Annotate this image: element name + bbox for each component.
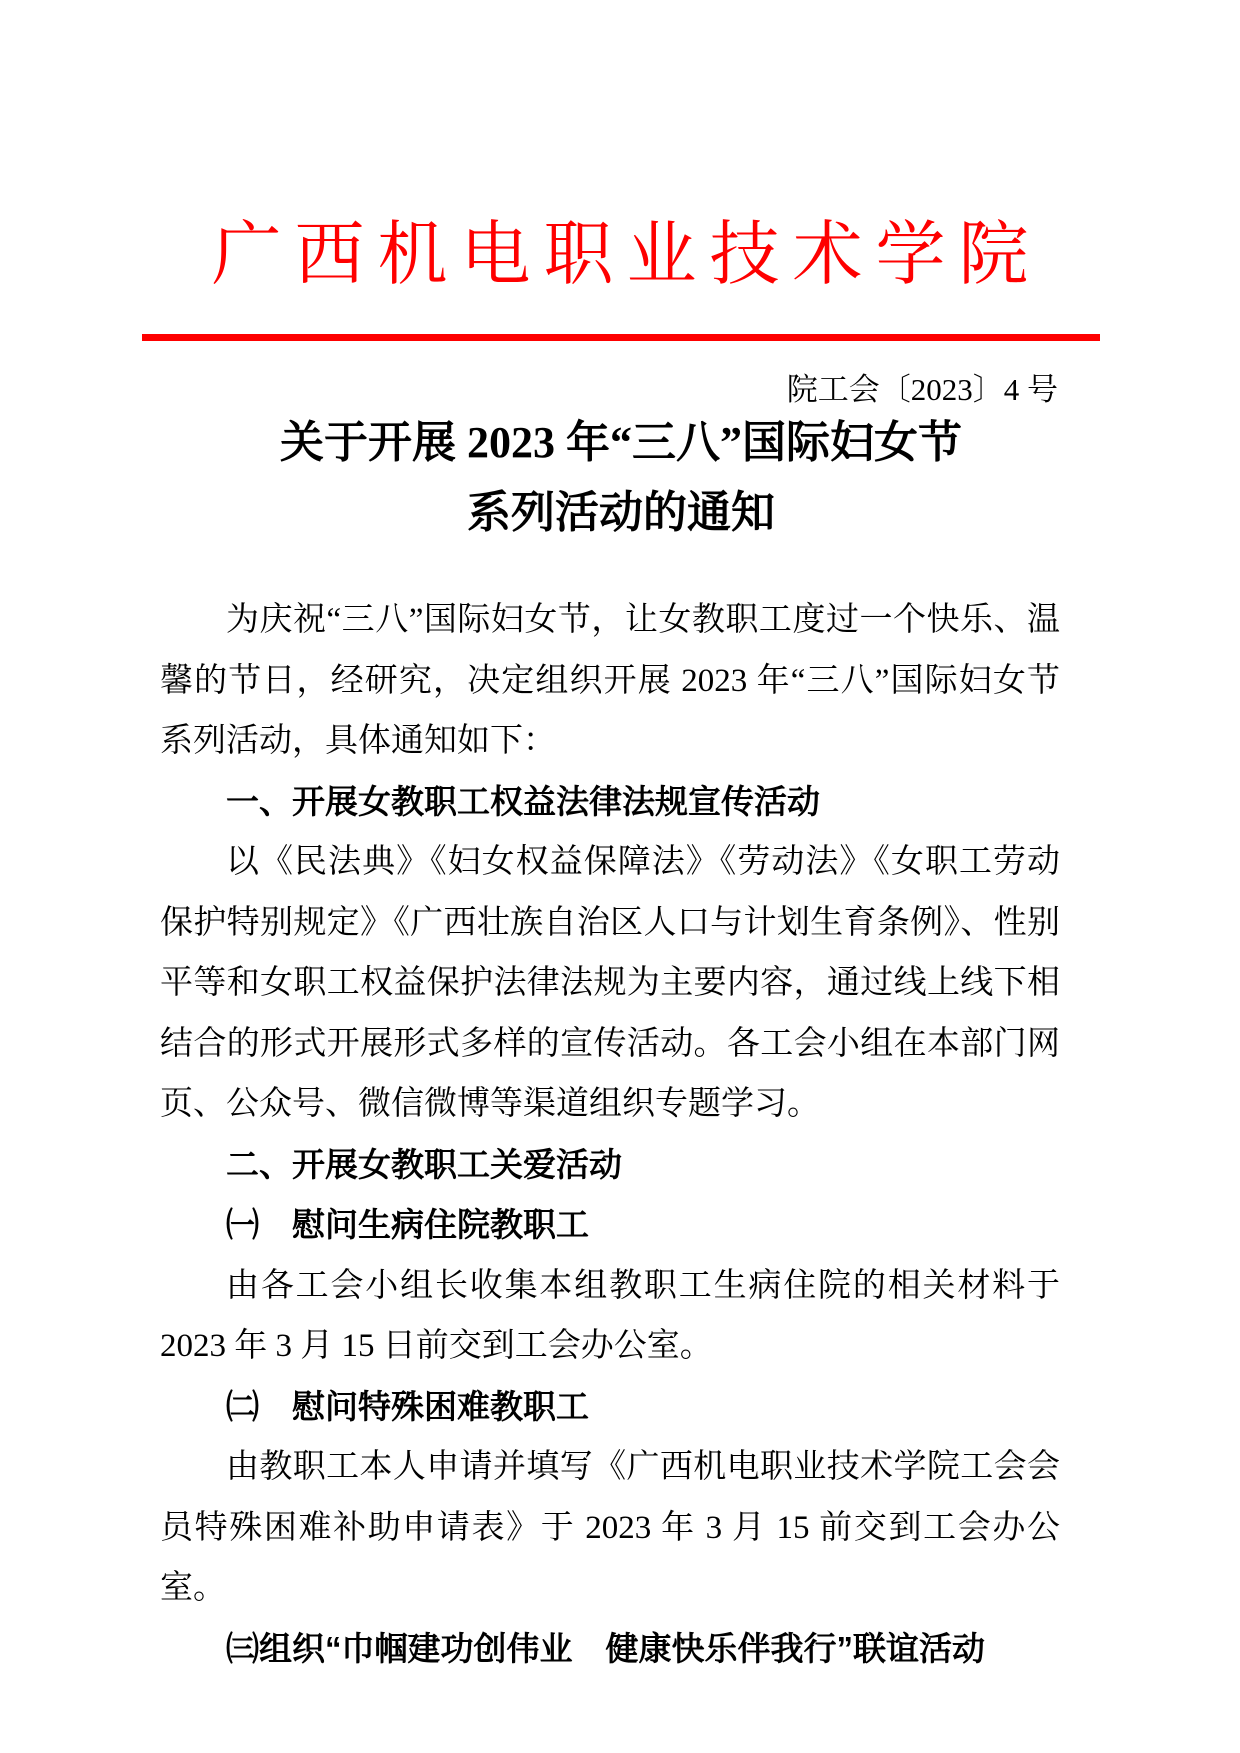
section-2-heading: 二、开展女教职工关爱活动 [160, 1135, 1060, 1196]
section-2-2-paragraph: 由教职工本人申请并填写《广西机电职业技术学院工会会员特殊困难补助申请表》于 20… [160, 1437, 1060, 1619]
doc-title: 关于开展 2023 年“三八”国际妇女节 系列活动的通知 [142, 408, 1100, 548]
org-name-header: 广西机电职业技术学院 [0, 198, 1240, 299]
doc-title-line2: 系列活动的通知 [142, 478, 1100, 548]
document-page: 广西机电职业技术学院 院工会〔2023〕4 号 关于开展 2023 年“三八”国… [0, 0, 1240, 1753]
doc-number: 院工会〔2023〕4 号 [787, 364, 1058, 409]
section-2-1-paragraph: 由各工会小组长收集本组教职工生病住院的相关材料于 2023 年 3 月 15 日… [160, 1256, 1060, 1377]
section-1-heading: 一、开展女教职工权益法律法规宣传活动 [160, 772, 1060, 833]
red-separator-line [142, 334, 1100, 341]
section-2-3-heading: ㈢组织“巾帼建功创伟业 健康快乐伴我行”联谊活动 [160, 1619, 1060, 1680]
doc-title-line1: 关于开展 2023 年“三八”国际妇女节 [142, 408, 1100, 478]
paragraph-intro: 为庆祝“三八”国际妇女节，让女教职工度过一个快乐、温馨的节日，经研究，决定组织开… [160, 590, 1060, 772]
section-2-1-heading: ㈠ 慰问生病住院教职工 [160, 1195, 1060, 1256]
section-2-2-heading: ㈡ 慰问特殊困难教职工 [160, 1377, 1060, 1438]
section-1-paragraph: 以《民法典》《妇女权益保障法》《劳动法》《女职工劳动保护特别规定》《广西壮族自治… [160, 832, 1060, 1135]
document-body: 为庆祝“三八”国际妇女节，让女教职工度过一个快乐、温馨的节日，经研究，决定组织开… [160, 590, 1060, 1679]
